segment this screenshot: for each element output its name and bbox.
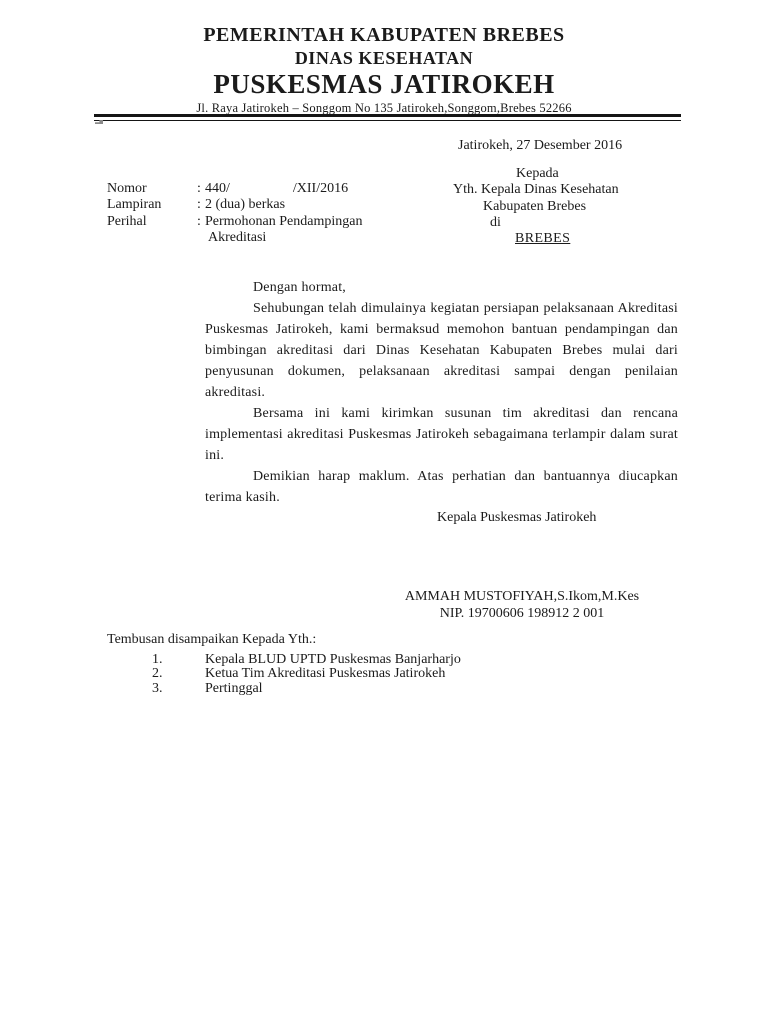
letterhead-department: DINAS KESEHATAN bbox=[0, 48, 768, 69]
meta-separator: : bbox=[197, 197, 205, 213]
signature-block: AMMAH MUSTOFIYAH,S.Ikom,M.Kes NIP. 19700… bbox=[402, 589, 642, 622]
letter-meta: Nomor : 440/ /XII/2016 Lampiran : 2 (dua… bbox=[107, 181, 362, 246]
signature-title: Kepala Puskesmas Jatirokeh bbox=[437, 510, 596, 526]
meta-row-nomor: Nomor : 440/ /XII/2016 bbox=[107, 181, 362, 197]
salutation: Dengan hormat, bbox=[205, 277, 678, 298]
recipient-line2: Kabupaten Brebes bbox=[483, 199, 619, 215]
tembusan-item-text: Ketua Tim Akreditasi Puskesmas Jatirokeh bbox=[205, 667, 445, 682]
meta-value-perihal: Permohonan Pendampingan bbox=[205, 214, 362, 230]
meta-separator: : bbox=[197, 181, 205, 197]
meta-label: Nomor bbox=[107, 181, 197, 197]
recipient-block: Kepada Yth. Kepala Dinas Kesehatan Kabup… bbox=[453, 166, 619, 247]
tembusan-block: Tembusan disampaikan Kepada Yth.: 1. Kep… bbox=[107, 633, 461, 696]
letterhead-divider-thin bbox=[94, 120, 681, 122]
dateline: Jatirokeh, 27 Desember 2016 bbox=[458, 138, 622, 154]
paragraph-3: Demikian harap maklum. Atas perhatian da… bbox=[205, 466, 678, 508]
tembusan-item-number: 1. bbox=[152, 653, 205, 668]
meta-value-lampiran: 2 (dua) berkas bbox=[205, 197, 285, 213]
tembusan-item-text: Pertinggal bbox=[205, 682, 263, 697]
tembusan-item-text: Kepala BLUD UPTD Puskesmas Banjarharjo bbox=[205, 653, 461, 668]
paragraph-1: Sehubungan telah dimulainya kegiatan per… bbox=[205, 298, 678, 403]
letterhead: PEMERINTAH KABUPATEN BREBES DINAS KESEHA… bbox=[0, 24, 768, 116]
recipient-line3: di bbox=[490, 215, 619, 231]
letterhead-office: PUSKESMAS JATIROKEH bbox=[0, 70, 768, 99]
paragraph-2: Bersama ini kami kirimkan susunan tim ak… bbox=[205, 403, 678, 466]
tembusan-item: 3. Pertinggal bbox=[107, 682, 461, 697]
meta-label: Perihal bbox=[107, 214, 197, 230]
signature-name: AMMAH MUSTOFIYAH,S.Ikom,M.Kes bbox=[402, 589, 642, 606]
meta-label: Lampiran bbox=[107, 197, 197, 213]
recipient-kepada: Kepada bbox=[516, 166, 619, 182]
tembusan-item-number: 2. bbox=[152, 667, 205, 682]
letterhead-divider-thick bbox=[94, 114, 681, 117]
letter-body: Dengan hormat, Sehubungan telah dimulain… bbox=[205, 277, 678, 508]
meta-row-perihal: Perihal : Permohonan Pendampingan bbox=[107, 214, 362, 230]
meta-separator: : bbox=[197, 214, 205, 230]
recipient-city: BREBES bbox=[515, 231, 619, 247]
letter-page: PEMERINTAH KABUPATEN BREBES DINAS KESEHA… bbox=[0, 0, 768, 1024]
letterhead-government: PEMERINTAH KABUPATEN BREBES bbox=[0, 24, 768, 47]
meta-value-perihal-cont: Akreditasi bbox=[208, 230, 362, 246]
tembusan-heading: Tembusan disampaikan Kepada Yth.: bbox=[107, 633, 461, 648]
tembusan-item: 2. Ketua Tim Akreditasi Puskesmas Jatiro… bbox=[107, 667, 461, 682]
meta-row-lampiran: Lampiran : 2 (dua) berkas bbox=[107, 197, 362, 213]
meta-value-nomor: 440/ /XII/2016 bbox=[205, 181, 348, 197]
tembusan-item-number: 3. bbox=[152, 682, 205, 697]
signature-nip: NIP. 19700606 198912 2 001 bbox=[402, 606, 642, 623]
recipient-line1: Yth. Kepala Dinas Kesehatan bbox=[453, 182, 619, 198]
tembusan-item: 1. Kepala BLUD UPTD Puskesmas Banjarharj… bbox=[107, 653, 461, 668]
